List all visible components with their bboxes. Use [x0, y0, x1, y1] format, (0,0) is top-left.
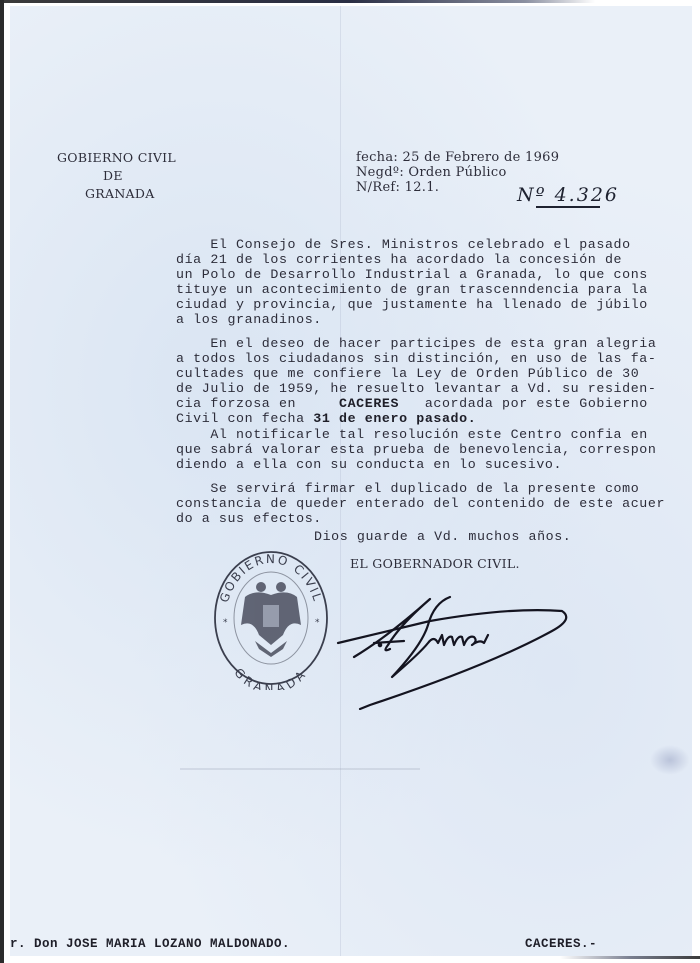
p4-line-3: do a sus efectos. [176, 511, 322, 526]
p2-line-6: Civil con fecha 31 de enero pasado. [176, 411, 476, 426]
p2-line-4: de Julio de 1959, he resuelto levantar a… [176, 381, 656, 396]
faint-bleedthrough-line [180, 768, 420, 770]
reference-line: N/Ref: 12.1. [356, 180, 439, 195]
p4-line-2: constancia de queder enterado del conten… [176, 496, 665, 511]
svg-text:*: * [223, 618, 228, 628]
p2-line-5-start: cia forzosa en [176, 396, 339, 411]
date-line: fecha: 25 de Febrero de 1969 [356, 150, 559, 165]
signatory-title: EL GOBERNADOR CIVIL. [350, 556, 520, 571]
letterhead-line-1: GOBIERNO CIVIL [57, 150, 176, 165]
p1-line-4: tituye un acontecimiento de gran trascen… [176, 282, 648, 297]
official-seal-stamp: GOBIERNO CIVIL GRANADA * * [205, 545, 335, 690]
closing-salutation: Dios guarde a Vd. muchos años. [314, 529, 571, 544]
p3-line-3: diendo a ella con su conducta en lo suce… [176, 457, 562, 472]
handwritten-registry-number: Nº 4.326 [517, 184, 619, 206]
letterhead-line-3: GRANADA [85, 186, 155, 201]
banishment-place: CACERES [339, 396, 399, 411]
eagle-emblem-icon [241, 582, 301, 657]
p2-line-6-start: Civil con fecha [176, 411, 313, 426]
recipient-city: CACERES.- [525, 937, 597, 952]
original-order-date: 31 de enero pasado. [313, 411, 476, 426]
scan-bottom-edge [560, 956, 700, 959]
p1-line-6: a los granadinos. [176, 312, 322, 327]
p1-line-3: un Polo de Desarrollo Industrial a Grana… [176, 267, 648, 282]
p2-line-3: cultades que me confiere la Ley de Orden… [176, 366, 639, 381]
stamp-bottom-text: GRANADA [231, 665, 310, 690]
department-line: Negdº: Orden Público [356, 165, 507, 180]
p3-line-2: que sabrá valorar esta prueba de benevol… [176, 442, 656, 457]
p2-line-2: a todos los ciudadanos sin distinción, e… [176, 351, 656, 366]
p1-line-1: El Consejo de Sres. Ministros celebrado … [176, 237, 631, 252]
recipient-name: r. Don JOSE MARIA LOZANO MALDONADO. [10, 937, 290, 952]
scan-top-edge [0, 0, 700, 3]
p1-line-5: ciudad y provincia, que justamente ha ll… [176, 297, 648, 312]
letterhead-line-2: DE [103, 168, 123, 183]
scan-left-edge [0, 0, 4, 963]
p1-line-2: día 21 de los corrientes ha acordado la … [176, 252, 622, 267]
p3-line-1: Al notificarle tal resolución este Centr… [176, 427, 648, 442]
ink-smudge [650, 745, 690, 775]
p2-line-5: cia forzosa en CACERES acordada por este… [176, 396, 648, 411]
handwritten-signature [330, 585, 580, 710]
p2-line-5-end: acordada por este Gobierno [399, 396, 648, 411]
p2-line-1: En el deseo de hacer participes de esta … [176, 336, 656, 351]
p4-line-1: Se servirá firmar el duplicado de la pre… [176, 481, 639, 496]
svg-text:*: * [315, 618, 320, 628]
handwritten-underline [536, 206, 600, 208]
